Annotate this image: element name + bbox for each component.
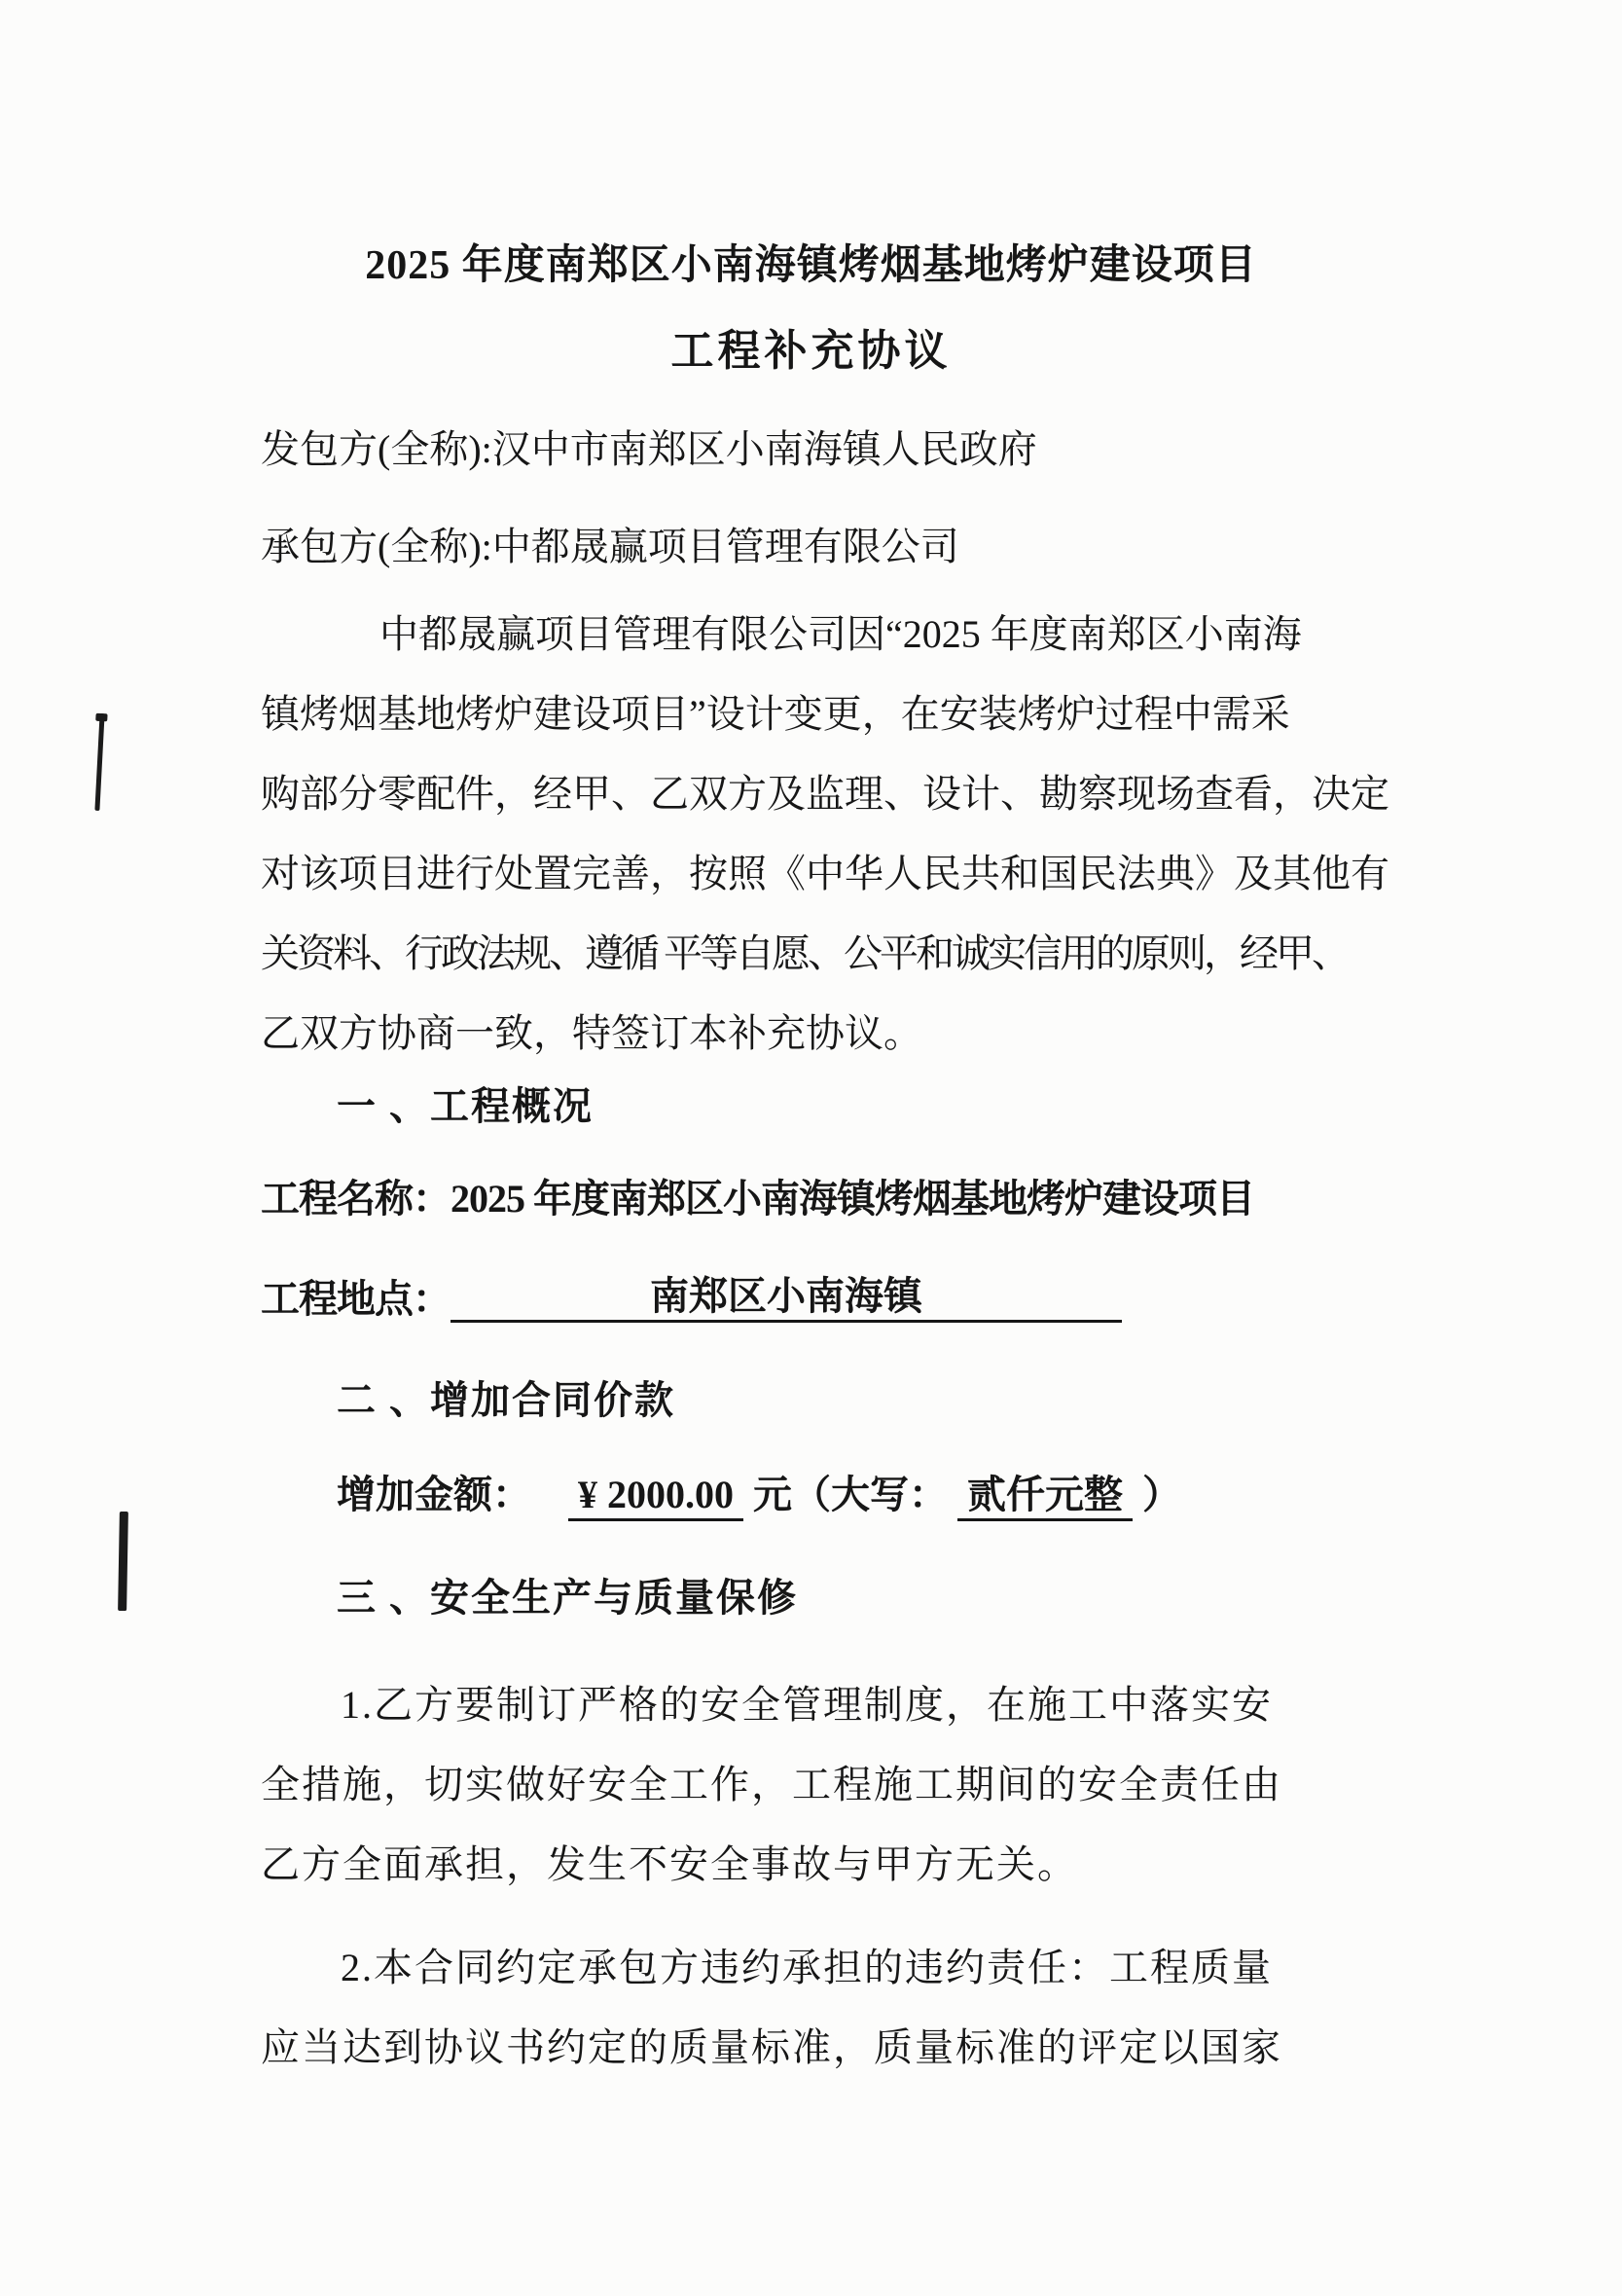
doc-title-line2: 工程补充协议 [0,326,1622,378]
clause-2-line: 2.本合同约定承包方违约承担的违约责任：工程质量 [341,1945,1273,1991]
section1-heading: 一 、工程概况 [337,1083,594,1130]
clause-1-line: 全措施，切实做好安全工作，工程施工期间的安全责任由 [261,1762,1282,1808]
doc-title-line1: 2025 年度南郑区小南海镇烤烟基地烤炉建设项目 [0,241,1622,290]
party-b-line: 承包方(全称):中都晟赢项目管理有限公司 [261,524,959,570]
project-location-label: 工程地点： [261,1276,451,1323]
clause-1-line: 1.乙方要制订严格的安全管理制度，在施工中落实安 [341,1682,1273,1729]
section2-heading: 二 、增加合同价款 [337,1377,675,1424]
project-location-line: 工程地点： 南郑区小南海镇 [261,1273,1122,1323]
project-name-line: 工程名称：2025 年度南郑区小南海镇烤烟基地烤炉建设项目 [261,1176,1254,1222]
preamble-line: 购部分零配件，经甲、乙双方及监理、设计、勘察现场查看，决定 [261,771,1389,818]
amount-close-paren: ） [1142,1473,1181,1516]
preamble-line: 关资料、行政法规、遵循 平等自愿、公平和诚实信用的原则，经甲、 [261,930,1348,977]
amount-value-underline-field: ¥ 2000.00 [568,1472,743,1521]
clause-2-line: 应当达到协议书约定的质量标准，质量标准的评定以国家 [261,2024,1282,2071]
project-location-underline-field: 南郑区小南海镇 [451,1273,1122,1323]
section3-heading: 三 、安全生产与质量保修 [337,1575,798,1622]
scan-ink-mark-1 [94,713,104,811]
preamble-line: 对该项目进行处置完善，按照《中华人民共和国民法典》及其他有 [261,851,1389,897]
clause-1-line: 乙方全面承担，发生不安全事故与甲方无关。 [261,1841,1078,1888]
amount-line: 增加金额： ¥ 2000.00 元（大写： 贰仟元整 ） [337,1472,1181,1521]
amount-unit-and-capital-label: 元（大写： [753,1473,948,1516]
amount-label: 增加金额： [337,1473,531,1516]
scan-ink-mark-2 [118,1512,128,1611]
preamble-line: 镇烤烟基地烤炉建设项目”设计变更，在安装烤炉过程中需采 [261,691,1290,738]
preamble-line: 乙双方协商一致，特签订本补充协议。 [261,1010,922,1057]
document-page: 2025 年度南郑区小南海镇烤烟基地烤炉建设项目 工程补充协议 发包方(全称):… [0,0,1622,2296]
party-a-line: 发包方(全称):汉中市南郑区小南海镇人民政府 [261,426,1037,473]
amount-capital-underline-field: 贰仟元整 [957,1472,1133,1521]
preamble-line: 中都晟赢项目管理有限公司因“2025 年度南郑区小南海 [379,611,1302,658]
